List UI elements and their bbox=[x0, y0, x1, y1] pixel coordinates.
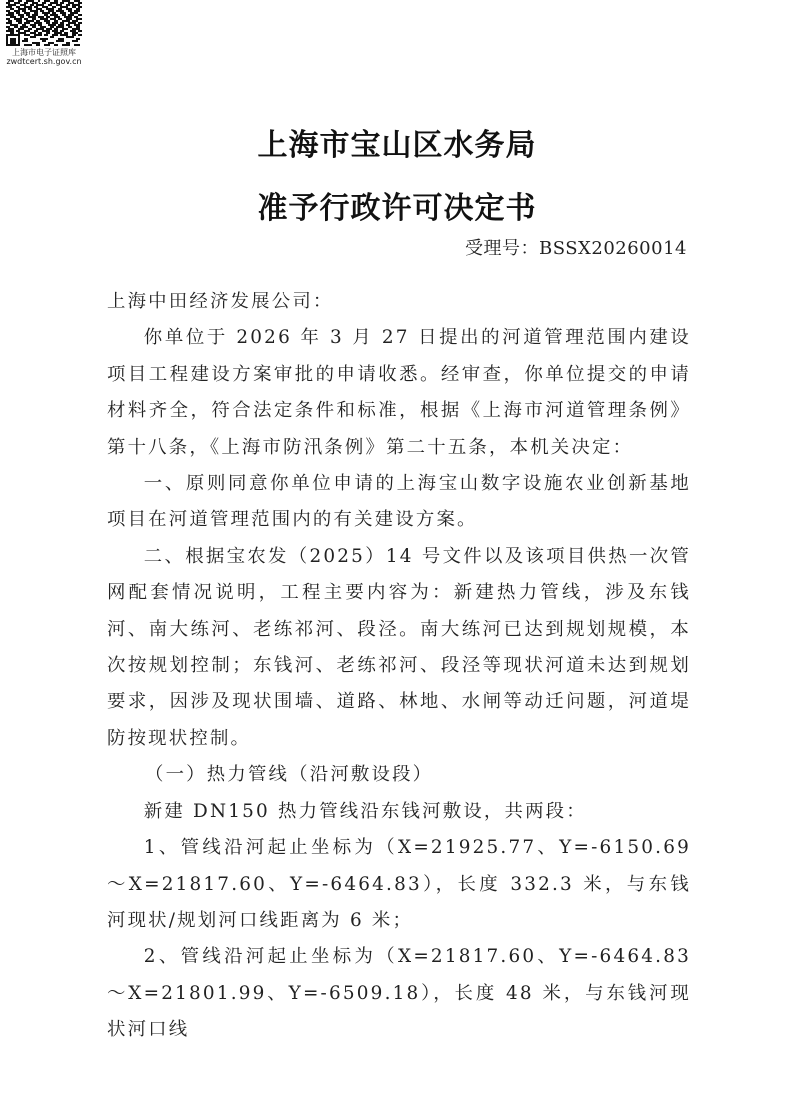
document-body: 上海中田经济发展公司： 你单位于 2026 年 3 月 27 日提出的河道管理范… bbox=[107, 284, 691, 1049]
qr-code-block: 上海市电子证照库 zwdtcert.sh.gov.cn bbox=[4, 0, 84, 66]
paragraph-pipeline-summary: 新建 DN150 热力管线沿东钱河敷设，共两段： bbox=[107, 794, 691, 830]
document-type-title: 准予行政许可决定书 bbox=[0, 183, 794, 227]
paragraph-intro: 你单位于 2026 年 3 月 27 日提出的河道管理范围内建设项目工程建设方案… bbox=[107, 320, 691, 466]
paragraph-item-2: 二、根据宝农发（2025）14 号文件以及该项目供热一次管网配套情况说明，工程主… bbox=[107, 539, 691, 757]
qr-caption-line1: 上海市电子证照库 bbox=[4, 48, 84, 57]
paragraph-item-1: 一、原则同意你单位申请的上海宝山数字设施农业创新基地项目在河道管理范围内的有关建… bbox=[107, 466, 691, 539]
qr-caption-line2: zwdtcert.sh.gov.cn bbox=[4, 57, 84, 66]
subheading-heat-pipeline: （一）热力管线（沿河敷设段） bbox=[107, 757, 691, 793]
qr-code-icon bbox=[6, 0, 82, 48]
issuer-title: 上海市宝山区水务局 bbox=[0, 120, 794, 164]
acceptance-number: 受理号：BSSX20260014 bbox=[465, 234, 687, 260]
paragraph-segment-1: 1、管线沿河起止坐标为（X=21925.77、Y=-6150.69～X=2181… bbox=[107, 830, 691, 939]
paragraph-segment-2: 2、管线沿河起止坐标为（X=21817.60、Y=-6464.83～X=2180… bbox=[107, 939, 691, 1048]
addressee: 上海中田经济发展公司： bbox=[107, 284, 691, 320]
